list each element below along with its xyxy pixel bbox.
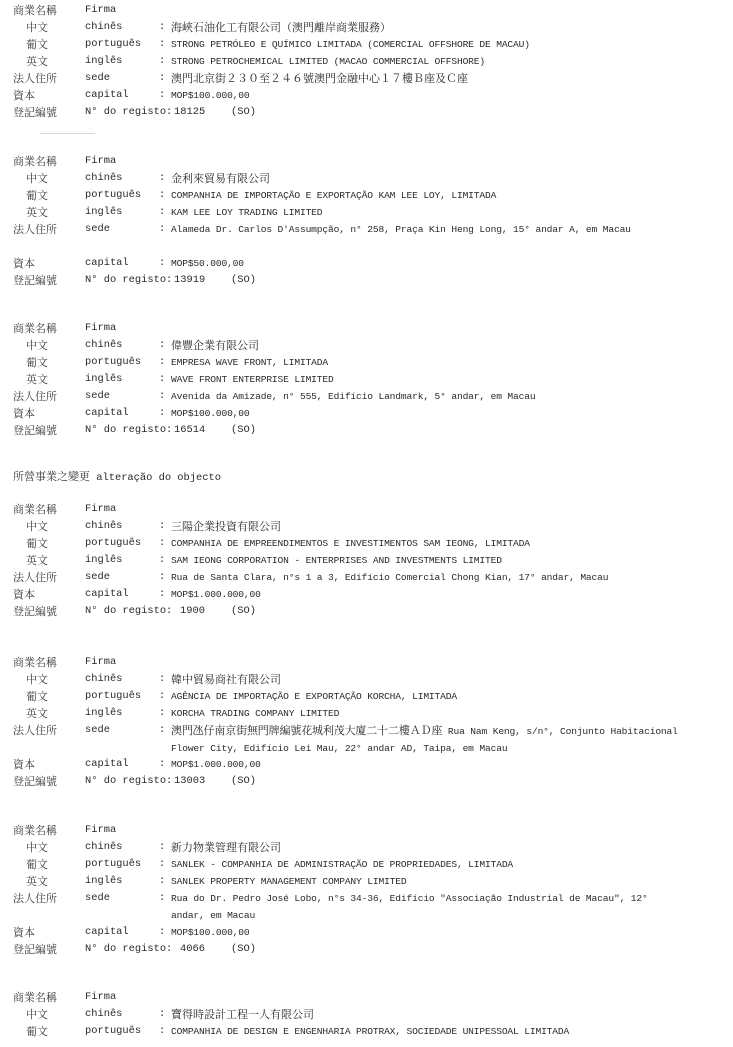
capital-value: MOP$50.000,00 [171, 255, 711, 272]
colon: : [159, 36, 165, 53]
portugues-label-pt: português [85, 688, 141, 705]
capital-label-zh: 資本 [13, 756, 35, 773]
chines-label-zh: 中文 [26, 671, 48, 688]
portugues-label-zh: 葡文 [26, 187, 48, 204]
firma-label-zh: 商業名稱 [13, 501, 57, 518]
chines-value: 海峽石油化工有限公司（澳門離岸商業服務） [171, 19, 711, 36]
sede-row: 法人住所 sede : Alameda Dr. Carlos D'Assumpç… [0, 221, 733, 255]
colon: : [159, 204, 165, 221]
sede-row: 法人住所 sede : 澳門北京街２３０至２４６號澳門金融中心１７樓Ｂ座及Ｃ座 [0, 70, 733, 87]
section-heading-pt: alteração do objecto [96, 472, 221, 484]
registo-row: 登記編號 N° do registo: 13919 (SO) [0, 272, 733, 289]
registo-suffix: (SO) [231, 603, 256, 620]
ingles-label-pt: inglês [85, 204, 122, 221]
colon: : [159, 552, 165, 569]
sede-value: 澳門北京街２３０至２４６號澳門金融中心１７樓Ｂ座及Ｃ座 [171, 70, 711, 87]
firma-row: 商業名稱 Firma [0, 501, 733, 518]
registo-label-zh: 登記編號 [13, 603, 57, 620]
portugues-row: 葡文 português : SANLEK - COMPANHIA DE ADM… [0, 856, 733, 873]
chines-row: 中文 chinês : 三陽企業投資有限公司 [0, 518, 733, 535]
portugues-label-zh: 葡文 [26, 856, 48, 873]
chines-value: 寶得時設計工程一人有限公司 [171, 1006, 711, 1023]
registo-number: 4066 [180, 941, 205, 958]
colon: : [159, 87, 165, 104]
sede-row: 法人住所 sede : Avenida da Amizade, n° 555, … [0, 388, 733, 405]
ingles-value: STRONG PETROCHEMICAL LIMITED (MACAO COMM… [171, 53, 711, 70]
firma-row: 商業名稱 Firma [0, 2, 733, 19]
sede-row: 法人住所 sede : Rua de Santa Clara, n°s 1 a … [0, 569, 733, 586]
colon: : [159, 255, 165, 272]
sede-label-zh: 法人住所 [13, 722, 57, 739]
colon: : [159, 671, 165, 688]
capital-label-pt: capital [85, 756, 129, 773]
registo-label-pt: N° do registo: [85, 603, 172, 620]
ingles-label-zh: 英文 [26, 204, 48, 221]
ingles-label-pt: inglês [85, 873, 122, 890]
chines-label-pt: chinês [85, 170, 122, 187]
capital-value: MOP$100.000,00 [171, 87, 711, 104]
portugues-value: SANLEK - COMPANHIA DE ADMINISTRAÇÃO DE P… [171, 856, 711, 873]
capital-value: MOP$1.000.000,00 [171, 756, 711, 773]
colon: : [159, 70, 165, 87]
chines-row: 中文 chinês : 新力物業管理有限公司 [0, 839, 733, 856]
registo-suffix: (SO) [231, 422, 256, 439]
firma-row: 商業名稱 Firma [0, 822, 733, 839]
sede-label-zh: 法人住所 [13, 569, 57, 586]
ingles-value: SANLEK PROPERTY MANAGEMENT COMPANY LIMIT… [171, 873, 711, 890]
ingles-value: WAVE FRONT ENTERPRISE LIMITED [171, 371, 711, 388]
colon: : [159, 856, 165, 873]
firma-row: 商業名稱 Firma [0, 153, 733, 170]
registo-label-zh: 登記編號 [13, 272, 57, 289]
firma-row: 商業名稱 Firma [0, 989, 733, 1006]
portugues-label-zh: 葡文 [26, 354, 48, 371]
sede-label-pt: sede [85, 890, 110, 907]
capital-row: 資本 capital : MOP$50.000,00 [0, 255, 733, 272]
colon: : [159, 371, 165, 388]
sede-label-zh: 法人住所 [13, 890, 57, 907]
portugues-value: AGÊNCIA DE IMPORTAÇÃO E EXPORTAÇÃO KORCH… [171, 688, 711, 705]
registo-number: 13919 [174, 272, 205, 289]
ingles-value: SAM IEONG CORPORATION - ENTERPRISES AND … [171, 552, 711, 569]
chines-label-pt: chinês [85, 671, 122, 688]
scan-artifact [40, 133, 95, 134]
firma-label-zh: 商業名稱 [13, 2, 57, 19]
chines-label-pt: chinês [85, 1006, 122, 1023]
colon: : [159, 354, 165, 371]
ingles-value: KORCHA TRADING COMPANY LIMITED [171, 705, 711, 722]
colon: : [159, 221, 165, 238]
company-entry: 商業名稱 Firma 中文 chinês : 金利來貿易有限公司 葡文 port… [0, 153, 733, 289]
registo-row: 登記編號 N° do registo: 1900 (SO) [0, 603, 733, 620]
capital-label-pt: capital [85, 255, 129, 272]
portugues-label-zh: 葡文 [26, 535, 48, 552]
capital-label-zh: 資本 [13, 924, 35, 941]
colon: : [159, 19, 165, 36]
portugues-value: STRONG PETRÓLEO E QUÍMICO LIMITADA (COME… [171, 36, 711, 53]
firma-label-pt: Firma [85, 501, 116, 518]
portugues-row: 葡文 português : EMPRESA WAVE FRONT, LIMIT… [0, 354, 733, 371]
capital-row: 資本 capital : MOP$1.000.000,00 [0, 586, 733, 603]
registo-label-pt: N° do registo: [85, 104, 172, 121]
chines-row: 中文 chinês : 韓中貿易商社有限公司 [0, 671, 733, 688]
chines-label-zh: 中文 [26, 337, 48, 354]
registo-label-zh: 登記編號 [13, 773, 57, 790]
portugues-label-zh: 葡文 [26, 1023, 48, 1040]
ingles-label-pt: inglês [85, 552, 122, 569]
ingles-label-zh: 英文 [26, 705, 48, 722]
portugues-label-pt: português [85, 36, 141, 53]
colon: : [159, 722, 165, 739]
portugues-row: 葡文 português : COMPANHIA DE DESIGN E ENG… [0, 1023, 733, 1040]
section-heading-zh: 所營事業之變更 [13, 470, 90, 483]
chines-value: 偉豐企業有限公司 [171, 337, 711, 354]
ingles-label-pt: inglês [85, 371, 122, 388]
ingles-label-zh: 英文 [26, 552, 48, 569]
chines-label-pt: chinês [85, 839, 122, 856]
ingles-row: 英文 inglês : STRONG PETROCHEMICAL LIMITED… [0, 53, 733, 70]
colon: : [159, 756, 165, 773]
company-entry: 商業名稱 Firma 中文 chinês : 韓中貿易商社有限公司 葡文 por… [0, 654, 733, 790]
colon: : [159, 890, 165, 907]
capital-row: 資本 capital : MOP$100.000,00 [0, 87, 733, 104]
colon: : [159, 405, 165, 422]
portugues-row: 葡文 português : STRONG PETRÓLEO E QUÍMICO… [0, 36, 733, 53]
colon: : [159, 839, 165, 856]
capital-label-zh: 資本 [13, 87, 35, 104]
chines-label-pt: chinês [85, 518, 122, 535]
registo-row: 登記編號 N° do registo: 16514 (SO) [0, 422, 733, 439]
sede-value: Rua de Santa Clara, n°s 1 a 3, Edifício … [171, 569, 711, 586]
portugues-label-zh: 葡文 [26, 36, 48, 53]
ingles-label-zh: 英文 [26, 53, 48, 70]
registo-label-pt: N° do registo: [85, 773, 172, 790]
colon: : [159, 170, 165, 187]
colon: : [159, 187, 165, 204]
colon: : [159, 688, 165, 705]
ingles-row: 英文 inglês : SAM IEONG CORPORATION - ENTE… [0, 552, 733, 569]
registo-label-zh: 登記編號 [13, 104, 57, 121]
colon: : [159, 586, 165, 603]
ingles-label-pt: inglês [85, 705, 122, 722]
chines-label-zh: 中文 [26, 839, 48, 856]
colon: : [159, 924, 165, 941]
chines-label-zh: 中文 [26, 170, 48, 187]
registo-row: 登記編號 N° do registo: 13003 (SO) [0, 773, 733, 790]
capital-label-zh: 資本 [13, 255, 35, 272]
portugues-label-pt: português [85, 856, 141, 873]
chines-value: 三陽企業投資有限公司 [171, 518, 711, 535]
portugues-value: COMPANHIA DE EMPREENDIMENTOS E INVESTIME… [171, 535, 711, 552]
capital-row: 資本 capital : MOP$1.000.000,00 [0, 756, 733, 773]
capital-label-zh: 資本 [13, 586, 35, 603]
registo-number: 1900 [180, 603, 205, 620]
firma-label-zh: 商業名稱 [13, 153, 57, 170]
portugues-value: COMPANHIA DE DESIGN E ENGENHARIA PROTRAX… [171, 1023, 711, 1040]
sede-label-zh: 法人住所 [13, 70, 57, 87]
sede-value: Alameda Dr. Carlos D'Assumpção, n° 258, … [171, 221, 691, 238]
colon: : [159, 705, 165, 722]
colon: : [159, 53, 165, 70]
ingles-value: KAM LEE LOY TRADING LIMITED [171, 204, 711, 221]
firma-row: 商業名稱 Firma [0, 654, 733, 671]
chines-value: 金利來貿易有限公司 [171, 170, 711, 187]
chines-row: 中文 chinês : 海峽石油化工有限公司（澳門離岸商業服務） [0, 19, 733, 36]
registo-label-pt: N° do registo: [85, 941, 172, 958]
sede-row: 法人住所 sede : 澳門氹仔南京街無門牌編號花城利茂大廈二十二樓ＡＤ座 Ru… [0, 722, 733, 756]
ingles-label-pt: inglês [85, 53, 122, 70]
colon: : [159, 337, 165, 354]
chines-value: 韓中貿易商社有限公司 [171, 671, 711, 688]
sede-label-pt: sede [85, 388, 110, 405]
firma-label-pt: Firma [85, 822, 116, 839]
ingles-row: 英文 inglês : KORCHA TRADING COMPANY LIMIT… [0, 705, 733, 722]
capital-label-pt: capital [85, 405, 129, 422]
capital-label-pt: capital [85, 924, 129, 941]
sede-label-pt: sede [85, 722, 110, 739]
company-entry: 商業名稱 Firma 中文 chinês : 新力物業管理有限公司 葡文 por… [0, 822, 733, 958]
firma-label-zh: 商業名稱 [13, 654, 57, 671]
ingles-row: 英文 inglês : SANLEK PROPERTY MANAGEMENT C… [0, 873, 733, 890]
registo-number: 13003 [174, 773, 205, 790]
chines-label-zh: 中文 [26, 518, 48, 535]
company-entry: 商業名稱 Firma 中文 chinês : 三陽企業投資有限公司 葡文 por… [0, 501, 733, 620]
firma-label-pt: Firma [85, 2, 116, 19]
company-entry: 商業名稱 Firma 中文 chinês : 偉豐企業有限公司 葡文 portu… [0, 320, 733, 439]
portugues-value: COMPANHIA DE IMPORTAÇÃO E EXPORTAÇÃO KAM… [171, 187, 711, 204]
chines-row: 中文 chinês : 金利來貿易有限公司 [0, 170, 733, 187]
company-entry: 商業名稱 Firma 中文 chinês : 寶得時設計工程一人有限公司 葡文 … [0, 989, 733, 1040]
firma-label-pt: Firma [85, 654, 116, 671]
portugues-label-zh: 葡文 [26, 688, 48, 705]
chines-row: 中文 chinês : 偉豐企業有限公司 [0, 337, 733, 354]
sede-value: Rua do Dr. Pedro José Lobo, n°s 34-36, E… [171, 890, 671, 924]
firma-label-zh: 商業名稱 [13, 989, 57, 1006]
registo-label-pt: N° do registo: [85, 422, 172, 439]
registo-label-pt: N° do registo: [85, 272, 172, 289]
colon: : [159, 569, 165, 586]
registo-label-zh: 登記編號 [13, 941, 57, 958]
capital-label-pt: capital [85, 586, 129, 603]
sede-row: 法人住所 sede : Rua do Dr. Pedro José Lobo, … [0, 890, 733, 924]
registo-suffix: (SO) [231, 104, 256, 121]
capital-label-pt: capital [85, 87, 129, 104]
colon: : [159, 873, 165, 890]
capital-row: 資本 capital : MOP$100.000,00 [0, 405, 733, 422]
firma-label-pt: Firma [85, 320, 116, 337]
firma-label-zh: 商業名稱 [13, 822, 57, 839]
sede-label-zh: 法人住所 [13, 221, 57, 238]
sede-value-zh: 澳門氹仔南京街無門牌編號花城利茂大廈二十二樓ＡＤ座 [171, 724, 442, 737]
firma-row: 商業名稱 Firma [0, 320, 733, 337]
capital-value: MOP$100.000,00 [171, 405, 711, 422]
sede-label-pt: sede [85, 221, 110, 238]
section-heading: 所營事業之變更 alteração do objecto [13, 468, 221, 487]
sede-label-pt: sede [85, 70, 110, 87]
registo-row: 登記編號 N° do registo: 18125 (SO) [0, 104, 733, 121]
sede-label-zh: 法人住所 [13, 388, 57, 405]
registo-number: 16514 [174, 422, 205, 439]
ingles-row: 英文 inglês : WAVE FRONT ENTERPRISE LIMITE… [0, 371, 733, 388]
registo-suffix: (SO) [231, 941, 256, 958]
chines-label-zh: 中文 [26, 19, 48, 36]
company-entry: 商業名稱 Firma 中文 chinês : 海峽石油化工有限公司（澳門離岸商業… [0, 2, 733, 121]
chines-value: 新力物業管理有限公司 [171, 839, 711, 856]
firma-label-pt: Firma [85, 989, 116, 1006]
capital-value: MOP$100.000,00 [171, 924, 711, 941]
capital-row: 資本 capital : MOP$100.000,00 [0, 924, 733, 941]
capital-value: MOP$1.000.000,00 [171, 586, 711, 603]
portugues-row: 葡文 português : COMPANHIA DE EMPREENDIMEN… [0, 535, 733, 552]
firma-label-zh: 商業名稱 [13, 320, 57, 337]
chines-row: 中文 chinês : 寶得時設計工程一人有限公司 [0, 1006, 733, 1023]
portugues-label-pt: português [85, 535, 141, 552]
colon: : [159, 535, 165, 552]
ingles-label-zh: 英文 [26, 371, 48, 388]
registo-label-zh: 登記編號 [13, 422, 57, 439]
portugues-label-pt: português [85, 354, 141, 371]
registo-number: 18125 [174, 104, 205, 121]
portugues-value: EMPRESA WAVE FRONT, LIMITADA [171, 354, 711, 371]
chines-label-pt: chinês [85, 19, 122, 36]
sede-value: 澳門氹仔南京街無門牌編號花城利茂大廈二十二樓ＡＤ座 Rua Nam Keng, … [171, 722, 716, 757]
ingles-label-zh: 英文 [26, 873, 48, 890]
portugues-row: 葡文 português : AGÊNCIA DE IMPORTAÇÃO E E… [0, 688, 733, 705]
portugues-row: 葡文 português : COMPANHIA DE IMPORTAÇÃO E… [0, 187, 733, 204]
colon: : [159, 388, 165, 405]
registo-suffix: (SO) [231, 272, 256, 289]
colon: : [159, 1006, 165, 1023]
sede-value: Avenida da Amizade, n° 555, Edifício Lan… [171, 388, 711, 405]
registo-row: 登記編號 N° do registo: 4066 (SO) [0, 941, 733, 958]
firma-label-pt: Firma [85, 153, 116, 170]
colon: : [159, 1023, 165, 1040]
colon: : [159, 518, 165, 535]
chines-label-zh: 中文 [26, 1006, 48, 1023]
portugues-label-pt: português [85, 1023, 141, 1040]
registo-suffix: (SO) [231, 773, 256, 790]
portugues-label-pt: português [85, 187, 141, 204]
capital-label-zh: 資本 [13, 405, 35, 422]
sede-label-pt: sede [85, 569, 110, 586]
ingles-row: 英文 inglês : KAM LEE LOY TRADING LIMITED [0, 204, 733, 221]
chines-label-pt: chinês [85, 337, 122, 354]
